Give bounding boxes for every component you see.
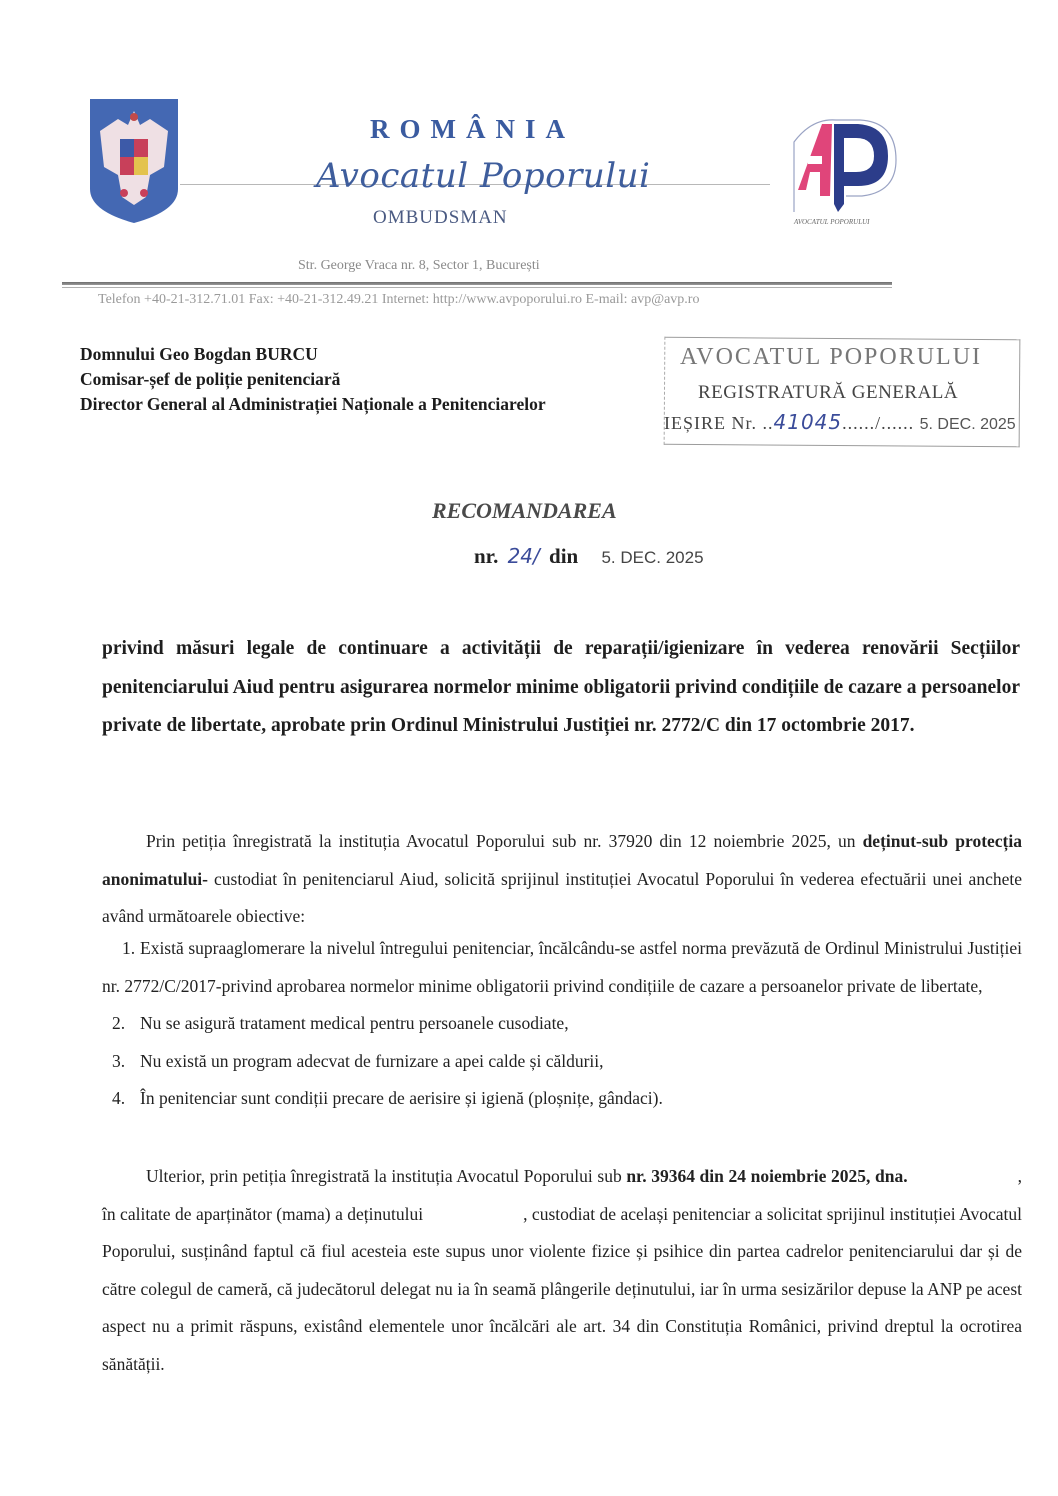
svg-text:AVOCATUL POPORULUI: AVOCATUL POPORULUI — [793, 218, 870, 226]
stamp-exit-label: IEȘIRE Nr. — [664, 413, 757, 433]
addressee-function: Director General al Administrației Națio… — [80, 392, 546, 417]
contact-line: Telefon +40-21-312.71.01 Fax: +40-21-312… — [98, 292, 699, 308]
coat-of-arms-icon — [88, 97, 180, 225]
list-item: 3.Nu există un program adecvat de furniz… — [102, 1043, 1022, 1081]
paragraph-1-text: Prin petiția înregistrată la instituția … — [146, 831, 863, 851]
document-number-line: nr. 24/ din 5. DEC. 2025 — [474, 544, 704, 569]
subject-paragraph: privind măsuri legale de continuare a ac… — [102, 630, 1020, 746]
institution-name: Avocatul Poporului — [316, 156, 650, 196]
paragraph-1: Prin petiția înregistrată la instituția … — [102, 823, 1022, 936]
divider-thick — [62, 282, 892, 285]
divider-thin — [62, 287, 892, 288]
nr-label: nr. — [474, 544, 498, 568]
paragraph-2-bold: nr. 39364 din 24 noiembrie 2025, dna. — [626, 1166, 907, 1186]
list-item: 4.În penitenciar sunt condiții precare d… — [102, 1080, 1022, 1118]
list-item: 2.Nu se asigură tratament medical pentru… — [102, 1005, 1022, 1043]
country-name: ROMÂNIA — [370, 114, 575, 145]
paragraph-2-text-3: , custodiat de același penitenciar a sol… — [102, 1204, 1022, 1374]
document-number: 24/ — [508, 544, 540, 568]
institution-subtitle: OMBUDSMAN — [373, 207, 508, 229]
paragraph-1-text-2: custodiat în penitenciarul Aiud, solicit… — [102, 869, 1022, 927]
din-label: din — [549, 544, 578, 568]
stamp-number: 41045 — [774, 410, 843, 434]
document-date: 5. DEC. 2025 — [601, 548, 703, 567]
stamp-date: 5. DEC. 2025 — [920, 416, 1016, 433]
stamp-exit-line: IEȘIRE Nr. ..41045....../...... 5. DEC. … — [664, 410, 1016, 434]
paragraph-2-text: Ulterior, prin petiția înregistrată la i… — [146, 1166, 626, 1186]
objectives-list: 1.Există supraaglomerare la nivelul într… — [102, 930, 1022, 1118]
institution-address: Str. George Vraca nr. 8, Sector 1, Bucur… — [298, 258, 540, 274]
paragraph-2: Ulterior, prin petiția înregistrată la i… — [102, 1158, 1022, 1383]
addressee-name: Domnului Geo Bogdan BURCU — [80, 342, 546, 367]
stamp-line-1: AVOCATUL POPORULUI — [680, 344, 982, 371]
document-title: RECOMANDAREA — [432, 498, 617, 524]
ap-logo-icon: AVOCATUL POPORULUI — [772, 112, 902, 230]
addressee-rank: Comisar-șef de poliție penitenciară — [80, 367, 546, 392]
addressee-block: Domnului Geo Bogdan BURCU Comisar-șef de… — [80, 342, 546, 417]
stamp-line-2: REGISTRATURĂ GENERALĂ — [698, 382, 958, 404]
list-item: 1.Există supraaglomerare la nivelul într… — [102, 930, 1022, 1005]
